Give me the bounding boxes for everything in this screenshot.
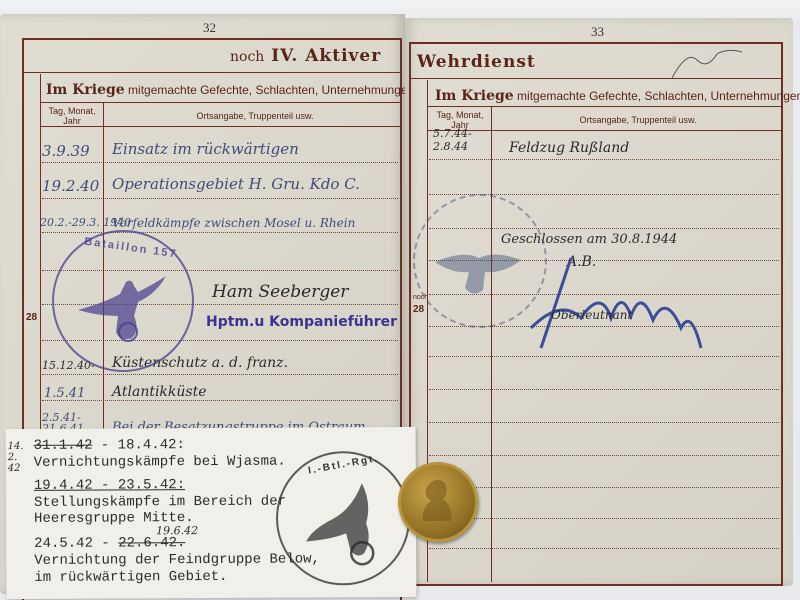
heading-rest: mitgemachte Gefechte, Schlachten, Untern… bbox=[128, 83, 414, 97]
page-title: noch IV. Aktiver bbox=[230, 46, 381, 66]
battalion-stamp: Bataillon 157 bbox=[52, 230, 194, 372]
dotted-line bbox=[429, 422, 779, 423]
col-place-header: Ortsangabe, Truppenteil usw. bbox=[495, 115, 781, 125]
typed-line: 31.1.42 - 18.4.42: bbox=[34, 438, 185, 454]
regiment-stamp: I.-Btl.-Rgt. bbox=[276, 451, 411, 586]
side-number: 28 bbox=[413, 304, 424, 315]
stamp-rank: Hptm.u Kompanieführer bbox=[206, 314, 397, 330]
pencil-mark-icon bbox=[667, 40, 747, 80]
typed-line: 24.5.42 - 22.6.42. bbox=[34, 536, 185, 552]
entry-text: Atlantikküste bbox=[112, 384, 207, 400]
eagle-emblem-icon bbox=[302, 479, 382, 569]
dotted-line bbox=[42, 162, 398, 163]
dotted-line bbox=[429, 548, 779, 549]
dotted-line bbox=[42, 374, 398, 375]
date-range: - 18.4.42: bbox=[101, 437, 185, 453]
rank-text: Oberleutnant bbox=[551, 308, 632, 322]
stamp-text: I.-Btl.-Rgt. bbox=[307, 453, 380, 477]
entry-date: 3.9.39 bbox=[42, 142, 90, 160]
dotted-line bbox=[42, 232, 398, 233]
typed-line: Vernichtungskämpfe bei Wjasma. bbox=[34, 455, 286, 471]
entry-date: 1.5.41 bbox=[44, 386, 85, 401]
dotted-line bbox=[429, 389, 779, 390]
rule bbox=[427, 106, 781, 107]
dotted-line bbox=[429, 518, 779, 519]
margin-note: 14. 2. 42 bbox=[8, 441, 26, 474]
heading-bold: Im Kriege bbox=[435, 88, 514, 104]
side-number: 28 bbox=[26, 312, 37, 323]
dotted-line bbox=[42, 198, 398, 199]
rule bbox=[40, 126, 400, 127]
dotted-line bbox=[42, 400, 398, 401]
typed-line: 19.4.42 - 23.5.42: bbox=[34, 478, 185, 494]
entry-text: Feldzug Rußland bbox=[509, 140, 629, 156]
date-range: 24.5.42 - bbox=[34, 535, 118, 551]
col-date-header: Tag, Monat, Jahr bbox=[42, 106, 102, 126]
heading-rest: mitgemachte Gefechte, Schlachten, Untern… bbox=[517, 89, 800, 103]
section-heading: Im Kriege mitgemachte Gefechte, Schlacht… bbox=[46, 82, 414, 98]
struck-date: 22.6.42. bbox=[118, 535, 185, 551]
typed-line: im rückwärtigen Gebiet. bbox=[34, 570, 227, 586]
dotted-line bbox=[429, 487, 779, 488]
page-number: 32 bbox=[203, 20, 216, 36]
page-number: 33 bbox=[591, 24, 604, 40]
coin bbox=[398, 462, 478, 542]
entry-text: Vorfeldkämpfe zwischen Mosel u. Rhein bbox=[112, 216, 355, 230]
title-divider bbox=[22, 72, 400, 73]
signature: Ham Seeberger bbox=[212, 282, 348, 302]
entry-text: Operationsgebiet H. Gru. Kdo C. bbox=[112, 175, 360, 193]
rule bbox=[40, 102, 400, 103]
col-place-header: Ortsangabe, Truppenteil usw. bbox=[110, 111, 400, 121]
title-prefix: noch bbox=[230, 49, 264, 65]
page-title: Wehrdienst bbox=[417, 52, 536, 72]
eagle-emblem-icon bbox=[433, 240, 523, 300]
col-divider bbox=[491, 106, 492, 582]
typed-line: Vernichtung der Feindgruppe Below, bbox=[34, 552, 320, 568]
unit-stamp bbox=[413, 194, 547, 328]
portrait-relief-icon bbox=[413, 473, 459, 527]
entry-text: Einsatz im rückwärtigen bbox=[112, 140, 299, 158]
typed-line: Stellungskämpfe im Bereich der bbox=[34, 495, 286, 511]
struck-date: 31.1.42 bbox=[34, 438, 93, 454]
entry-date: 5.7.44- 2.8.44 bbox=[433, 127, 489, 153]
eagle-emblem-icon bbox=[76, 272, 168, 344]
dotted-line bbox=[429, 455, 779, 456]
entry-date: 19.2.40 bbox=[42, 177, 99, 195]
dotted-line bbox=[429, 159, 779, 160]
heading-bold: Im Kriege bbox=[46, 82, 125, 98]
section-heading: Im Kriege mitgemachte Gefechte, Schlacht… bbox=[435, 88, 800, 104]
title-text: IV. Aktiver bbox=[271, 46, 381, 66]
typed-slip: 14. 2. 42 31.1.42 - 18.4.42: Vernichtung… bbox=[6, 427, 417, 599]
